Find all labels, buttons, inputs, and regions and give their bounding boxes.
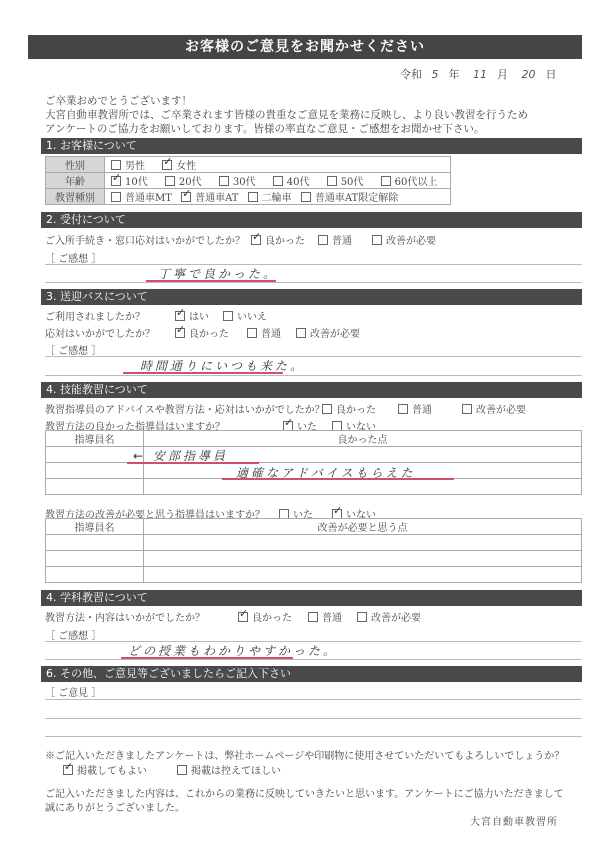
checkbox-icon[interactable] <box>248 192 258 202</box>
comment-line[interactable] <box>45 699 582 700</box>
date-year-label: 年 <box>449 68 460 81</box>
bus-service-average-option[interactable]: 普通 <box>247 325 281 340</box>
course-mt-option[interactable]: 普通車MT <box>111 189 172 204</box>
checkbox-checked-icon[interactable] <box>175 328 185 338</box>
good-point-header: 良かった点 <box>144 431 582 447</box>
reception-needs-improvement-option[interactable]: 改善が必要 <box>372 232 436 247</box>
table-row <box>46 551 582 567</box>
table-row <box>46 535 582 551</box>
checkbox-icon[interactable] <box>308 612 318 622</box>
checkbox-icon[interactable] <box>381 176 391 186</box>
other-comment-label: ［ ご意見 ］ <box>45 684 101 699</box>
instructor-name-cell[interactable] <box>46 447 144 463</box>
intro-text: ご卒業おめでとうございます！ 大宮自動車教習所では、ご卒業されます皆様の貴重なご… <box>45 94 528 136</box>
date-era: 令和 <box>400 68 422 81</box>
checkbox-icon[interactable] <box>301 192 311 202</box>
reception-question: ご入所手続き・窓口応対はいかがでしたか？ <box>45 232 245 247</box>
improve-point-cell[interactable] <box>144 535 582 551</box>
age-50s-option[interactable]: 50代 <box>327 173 364 188</box>
comment-line <box>45 356 582 357</box>
improve-point-cell[interactable] <box>144 551 582 567</box>
instructor-good-option[interactable]: 良かった <box>322 401 376 416</box>
checkbox-checked-icon[interactable] <box>111 176 121 186</box>
course-type-label: 教習種別 <box>46 189 105 205</box>
customer-info-table: 性別 男性 女性 年齢 10代 20代 30代 40代 50代 60代以上 教習… <box>45 156 451 205</box>
consent-question: ※ご記入いただきましたアンケートは、弊社ホームページや印刷物に使用させていただい… <box>45 747 564 762</box>
course-motorcycle-option[interactable]: 二輪車 <box>248 189 292 204</box>
table-header-row: 指導員名 改善が必要と思う点 <box>46 519 582 535</box>
classroom-question: 教習方法・内容はいかがでしたか？ <box>45 609 205 624</box>
bus-service-question: 応対はいかがでしたか？ <box>45 325 155 340</box>
date-month-label: 月 <box>497 68 508 81</box>
checkbox-icon[interactable] <box>372 235 382 245</box>
improve-point-cell[interactable] <box>144 567 582 583</box>
thanks-line: ご記入いただきました内容は、これからの業務に反映していきたいと思います。アンケー… <box>45 785 564 800</box>
instructor-name-cell[interactable] <box>46 463 144 479</box>
checkbox-icon[interactable] <box>322 404 332 414</box>
bus-comment-label: ［ ご感想 ］ <box>45 342 101 357</box>
classroom-good-option[interactable]: 良かった <box>238 609 292 624</box>
instructor-needs-improvement-option[interactable]: 改善が必要 <box>462 401 526 416</box>
bus-service-needs-improvement-option[interactable]: 改善が必要 <box>296 325 360 340</box>
checkbox-icon[interactable] <box>357 612 367 622</box>
intro-line: ご卒業おめでとうございます！ <box>45 94 528 108</box>
bus-used-question: ご利用されましたか？ <box>45 308 145 323</box>
signature: 大宮自動車教習所 <box>470 813 558 828</box>
date-day-value[interactable]: 20 <box>522 68 536 81</box>
checkbox-icon[interactable] <box>318 235 328 245</box>
section-5-heading: 4. 学科教習について <box>41 590 582 606</box>
checkbox-icon[interactable] <box>398 404 408 414</box>
intro-line: 大宮自動車教習所では、ご卒業されます皆様の貴重なご意見を業務に反映し、より良い教… <box>45 108 528 122</box>
comment-line <box>45 282 582 283</box>
reception-good-option[interactable]: 良かった <box>251 232 305 247</box>
comment-line <box>45 659 582 660</box>
section-6-heading: 6. その他、ご意見等ございましたらご記入下さい <box>41 666 582 682</box>
pen-underline <box>222 478 454 480</box>
instructor-average-option[interactable]: 普通 <box>398 401 432 416</box>
section-3-heading: 3. 送迎バスについて <box>41 289 582 305</box>
checkbox-checked-icon[interactable] <box>238 612 248 622</box>
section-4-heading: 4. 技能教習について <box>41 382 582 398</box>
intro-line: アンケートのご協力をお願いしております。皆様の率直なご意見・ご感想をお聞かせ下さ… <box>45 122 528 136</box>
thanks-line: 誠にありがとうございました。 <box>45 799 185 814</box>
gender-row: 性別 男性 女性 <box>46 157 451 173</box>
checkbox-icon[interactable] <box>327 176 337 186</box>
classroom-average-option[interactable]: 普通 <box>308 609 342 624</box>
checkbox-icon[interactable] <box>296 328 306 338</box>
checkbox-checked-icon[interactable] <box>251 235 261 245</box>
date-line: 令和 5年 11月 20日 <box>400 66 561 82</box>
survey-title: お客様のご意見をお聞かせください <box>28 35 582 59</box>
age-40s-option[interactable]: 40代 <box>273 173 310 188</box>
checkbox-icon[interactable] <box>462 404 472 414</box>
age-row: 年齢 10代 20代 30代 40代 50代 60代以上 <box>46 173 451 189</box>
age-10s-option[interactable]: 10代 <box>111 173 148 188</box>
classroom-needs-improvement-option[interactable]: 改善が必要 <box>357 609 421 624</box>
checkbox-checked-icon[interactable] <box>175 311 185 321</box>
checkbox-checked-icon[interactable] <box>181 192 191 202</box>
comment-line[interactable] <box>45 718 582 719</box>
reception-average-option[interactable]: 普通 <box>318 232 352 247</box>
gender-female-option[interactable]: 女性 <box>162 157 196 172</box>
bus-service-good-option[interactable]: 良かった <box>175 325 229 340</box>
checkbox-checked-icon[interactable] <box>162 160 172 170</box>
section-1-heading: 1. お客様について <box>41 138 582 154</box>
checkbox-icon[interactable] <box>177 765 187 775</box>
date-month-value[interactable]: 11 <box>473 68 487 81</box>
age-label: 年齢 <box>46 173 105 189</box>
bus-used-yes-option[interactable]: はい <box>175 308 209 323</box>
pen-underline <box>123 372 283 374</box>
table-row <box>46 447 582 463</box>
checkbox-icon[interactable] <box>247 328 257 338</box>
section-2-heading: 2. 受付について <box>41 212 582 228</box>
checkbox-icon[interactable] <box>219 176 229 186</box>
checkbox-icon[interactable] <box>273 176 283 186</box>
instructor-name-header: 指導員名 <box>46 519 144 535</box>
instructor-name-cell[interactable] <box>46 551 144 567</box>
age-60s-plus-option[interactable]: 60代以上 <box>381 173 438 188</box>
consent-decline-option[interactable]: 掲載は控えてほしい <box>177 762 281 777</box>
checkbox-icon[interactable] <box>223 311 233 321</box>
date-year-value[interactable]: 5 <box>432 68 439 81</box>
date-day-label: 日 <box>546 68 557 81</box>
improve-instructor-table: 指導員名 改善が必要と思う点 <box>45 518 582 583</box>
gender-male-option[interactable]: 男性 <box>111 157 145 172</box>
consent-allow-option[interactable]: 掲載してもよい <box>63 762 147 777</box>
checkbox-icon[interactable] <box>165 176 175 186</box>
good-instructor-table: 指導員名 良かった点 <box>45 430 582 495</box>
age-20s-option[interactable]: 20代 <box>165 173 202 188</box>
classroom-comment-label: ［ ご感想 ］ <box>45 627 101 642</box>
course-at-option[interactable]: 普通車AT <box>181 189 238 204</box>
instructor-name-cell[interactable] <box>46 535 144 551</box>
reception-comment-label: ［ ご感想 ］ <box>45 250 101 265</box>
checkbox-checked-icon[interactable] <box>63 765 73 775</box>
checkbox-icon[interactable] <box>111 192 121 202</box>
improve-point-header: 改善が必要と思う点 <box>144 519 582 535</box>
checkbox-icon[interactable] <box>111 160 121 170</box>
instructor-name-cell[interactable] <box>46 567 144 583</box>
instructor-name-header: 指導員名 <box>46 431 144 447</box>
table-row <box>46 567 582 583</box>
comment-line <box>45 264 582 265</box>
table-header-row: 指導員名 良かった点 <box>46 431 582 447</box>
bus-used-no-option[interactable]: いいえ <box>223 308 267 323</box>
comment-line[interactable] <box>45 736 582 737</box>
course-type-row: 教習種別 普通車MT 普通車AT 二輪車 普通車AT限定解除 <box>46 189 451 205</box>
instructor-question: 教習指導員のアドバイスや教習方法・応対はいかがでしたか？ <box>45 401 325 416</box>
instructor-name-cell[interactable] <box>46 479 144 495</box>
age-30s-option[interactable]: 30代 <box>219 173 256 188</box>
course-at-limit-removal-option[interactable]: 普通車AT限定解除 <box>301 189 398 204</box>
comment-line <box>45 375 582 376</box>
gender-label: 性別 <box>46 157 105 173</box>
